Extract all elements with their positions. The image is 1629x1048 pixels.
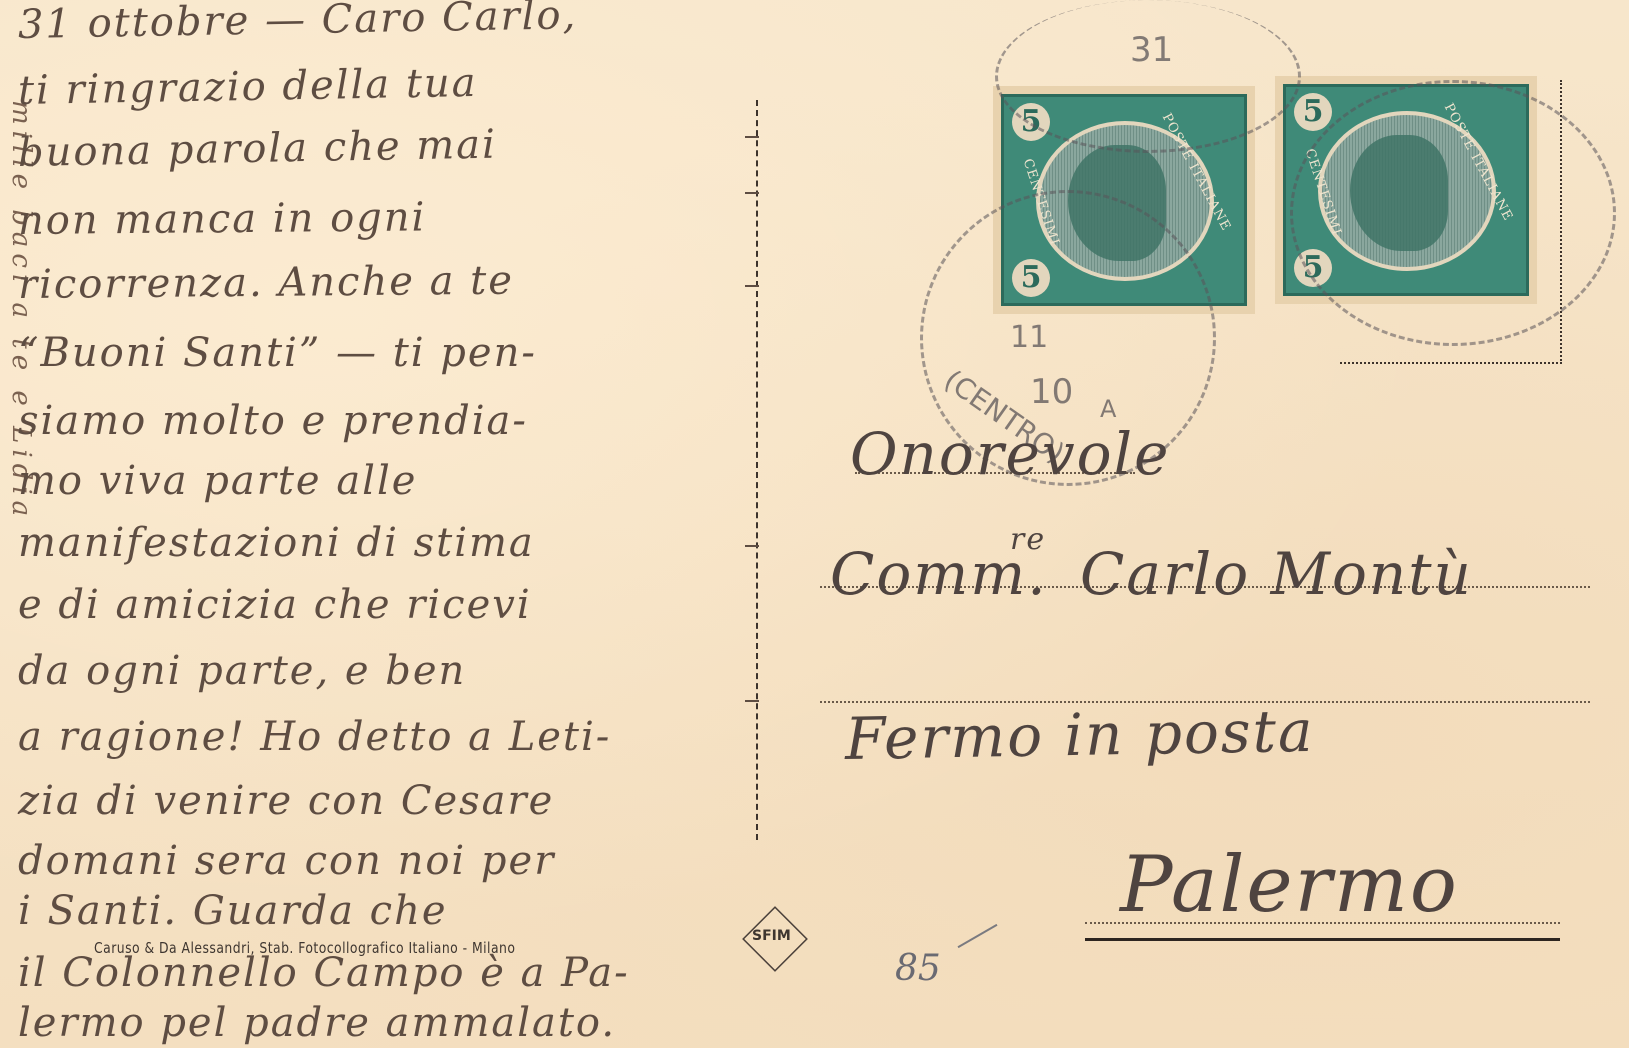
message-line: zia di venire con Cesare [18,778,554,824]
message-line: non manca in ogni [18,194,427,244]
message-line: domani sera con noi per [18,838,555,884]
printer-logo-text: SFIM [752,928,791,944]
pencil-mark [958,924,998,948]
address-name: Carlo Montù [1080,540,1473,608]
message-line: 31 ottobre — Caro Carlo, [18,0,578,48]
divider-tick [745,545,759,547]
message-line: i Santi. Guarda che [18,888,448,934]
printer-imprint: Caruso & Da Alessandri, Stab. Fotocollog… [94,939,515,957]
postcard: mille baci a te e Lidia 31 ottobre — Car… [0,0,1629,1048]
message-line: lermo pel padre ammalato. [18,1000,616,1046]
message-line: ti ringrazio della tua [18,60,478,114]
stamp-denomination: 5 [1294,93,1332,131]
postmark-day: 31 [1130,30,1173,70]
message-line: “Buoni Santi” — ti pen- [18,330,537,376]
address-delivery: Fermo in posta [844,697,1315,773]
postmark-year: 10 [1030,372,1073,412]
postmark-suffix: A [1100,395,1116,423]
message-line: mo viva parte alle [18,458,417,504]
postmark-circle [995,0,1301,153]
divider-tick [745,192,759,194]
address-rule [1085,938,1560,941]
postmark-circle [1290,80,1616,346]
center-divider [756,100,758,840]
address-city: Palermo [1120,840,1459,930]
divider-tick [745,136,759,138]
postmark-hour: 11 [1010,320,1048,355]
pencil-note: 85 [895,948,941,989]
message-line: a ragione! Ho detto a Leti- [18,714,611,760]
message-line: buona parola che mai [18,122,498,176]
address-honorific: Onorevole [850,420,1170,488]
address-title-superscript: re [1010,522,1046,557]
message-line: manifestazioni di stima [18,520,535,566]
divider-tick [745,700,759,702]
message-line: siamo molto e prendia- [18,398,528,444]
message-line: e di amicizia che ricevi [18,582,532,628]
message-line: da ogni parte, e ben [18,648,466,694]
divider-tick [745,285,759,287]
message-line: ricorrenza. Anche a te [18,258,514,308]
